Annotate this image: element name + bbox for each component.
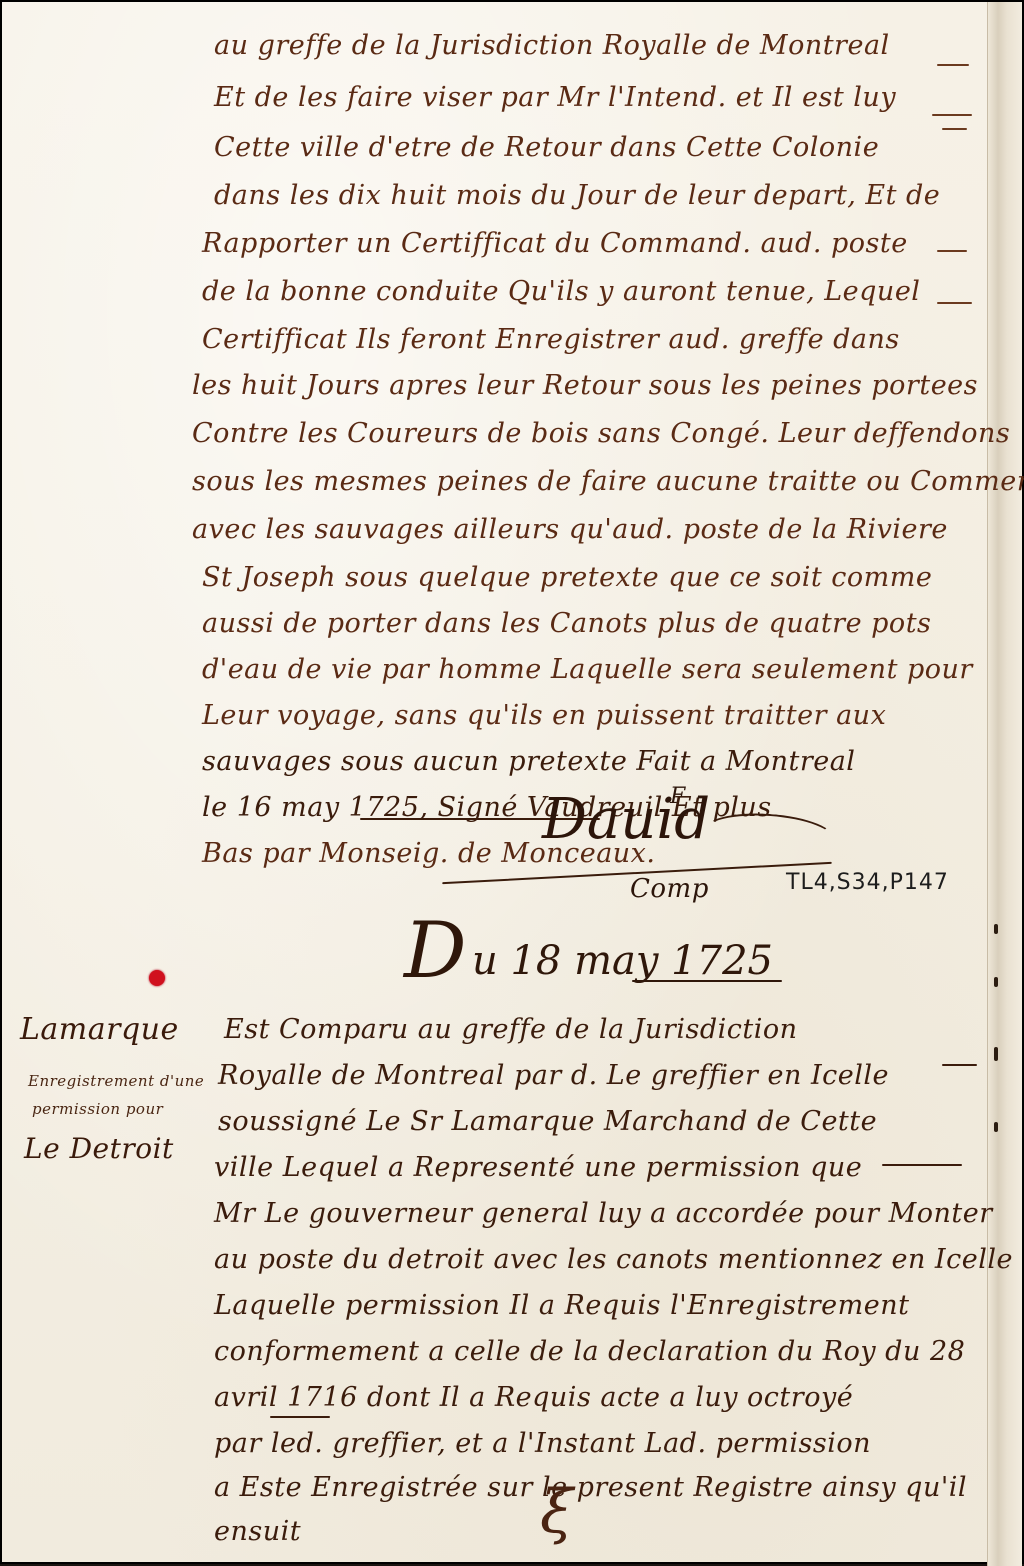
line-filler [942, 128, 967, 130]
text-line: avril 1716 dont Il a Requis acte a luy o… [214, 1382, 853, 1413]
text-line: St Joseph sous quelque pretexte que ce s… [202, 562, 932, 593]
line-filler [942, 1064, 977, 1066]
ink-spot [994, 977, 998, 987]
signature-superscript: F [670, 784, 686, 809]
text-line: au greffe de la Jurisdiction Royalle de … [214, 30, 890, 61]
red-wax-mark [149, 970, 165, 986]
text-line: ville Lequel a Representé une permission… [214, 1152, 862, 1183]
signature-flourish [701, 809, 838, 862]
text-line: Royalle de Montreal par d. Le greffier e… [218, 1060, 889, 1091]
text-line: au poste du detroit avec les canots ment… [214, 1244, 1013, 1275]
margin-note: permission pour [32, 1100, 163, 1118]
line-filler [937, 250, 967, 252]
text-line: Laquelle permission Il a Requis l'Enregi… [214, 1290, 909, 1321]
text-line: par led. greffier, et a l'Instant Lad. p… [214, 1428, 871, 1459]
ink-spot [994, 1047, 998, 1061]
text-line: Cette ville d'etre de Retour dans Cette … [214, 132, 879, 163]
margin-place: Le Detroit [24, 1132, 174, 1165]
text-line: a Este Enregistrée sur le present Regist… [214, 1472, 967, 1503]
text-line: Rapporter un Certifficat du Command. aud… [202, 228, 908, 259]
text-line: dans les dix huit mois du Jour de leur d… [214, 180, 940, 211]
text-line: conformement a celle de la declaration d… [214, 1336, 965, 1367]
end-of-entry-mark: ξ [540, 1482, 573, 1542]
page-binding-edge [987, 2, 1022, 1564]
year-underline [270, 1416, 330, 1418]
text-line: soussigné Le Sr Lamarque Marchand de Cet… [218, 1106, 877, 1137]
text-line: d'eau de vie par homme Laquelle sera seu… [202, 654, 973, 685]
text-line: Leur voyage, sans qu'ils en puissent tra… [202, 700, 886, 731]
heading-underline [632, 980, 782, 982]
text-line: Et de les faire viser par Mr l'Intend. e… [214, 82, 896, 113]
signature-note: Comp [630, 874, 709, 904]
line-filler [937, 302, 972, 304]
text-line: Contre les Coureurs de bois sans Congé. … [192, 418, 1010, 449]
ink-spot [994, 924, 998, 934]
ink-spot [994, 1122, 998, 1132]
entry-date-heading: u 18 may 1725 [472, 938, 773, 984]
manuscript-page: au greffe de la Jurisdiction Royalle de … [0, 0, 1024, 1564]
text-line: Certifficat Ils feront Enregistrer aud. … [202, 324, 900, 355]
margin-name: Lamarque [20, 1012, 179, 1047]
text-line: les huit Jours apres leur Retour sous le… [192, 370, 978, 401]
text-line: de la bonne conduite Qu'ils y auront ten… [202, 276, 920, 307]
heading-initial: D [404, 912, 467, 990]
text-line: Mr Le gouverneur general luy a accordée … [214, 1198, 993, 1229]
text-line: sous les mesmes peines de faire aucune t… [192, 466, 1024, 497]
line-filler [937, 64, 969, 66]
line-filler [932, 114, 972, 116]
text-line: Est Comparu au greffe de la Jurisdiction [224, 1014, 798, 1045]
text-line: ensuit [214, 1516, 301, 1547]
archive-reference-label: TL4,S34,P147 [786, 870, 949, 895]
text-line: aussi de porter dans les Canots plus de … [202, 608, 931, 639]
margin-note: Enregistrement d'une [28, 1072, 204, 1090]
text-line: sauvages sous aucun pretexte Fait a Mont… [202, 746, 855, 777]
line-filler [882, 1164, 962, 1166]
text-line: avec les sauvages ailleurs qu'aud. poste… [192, 514, 948, 545]
